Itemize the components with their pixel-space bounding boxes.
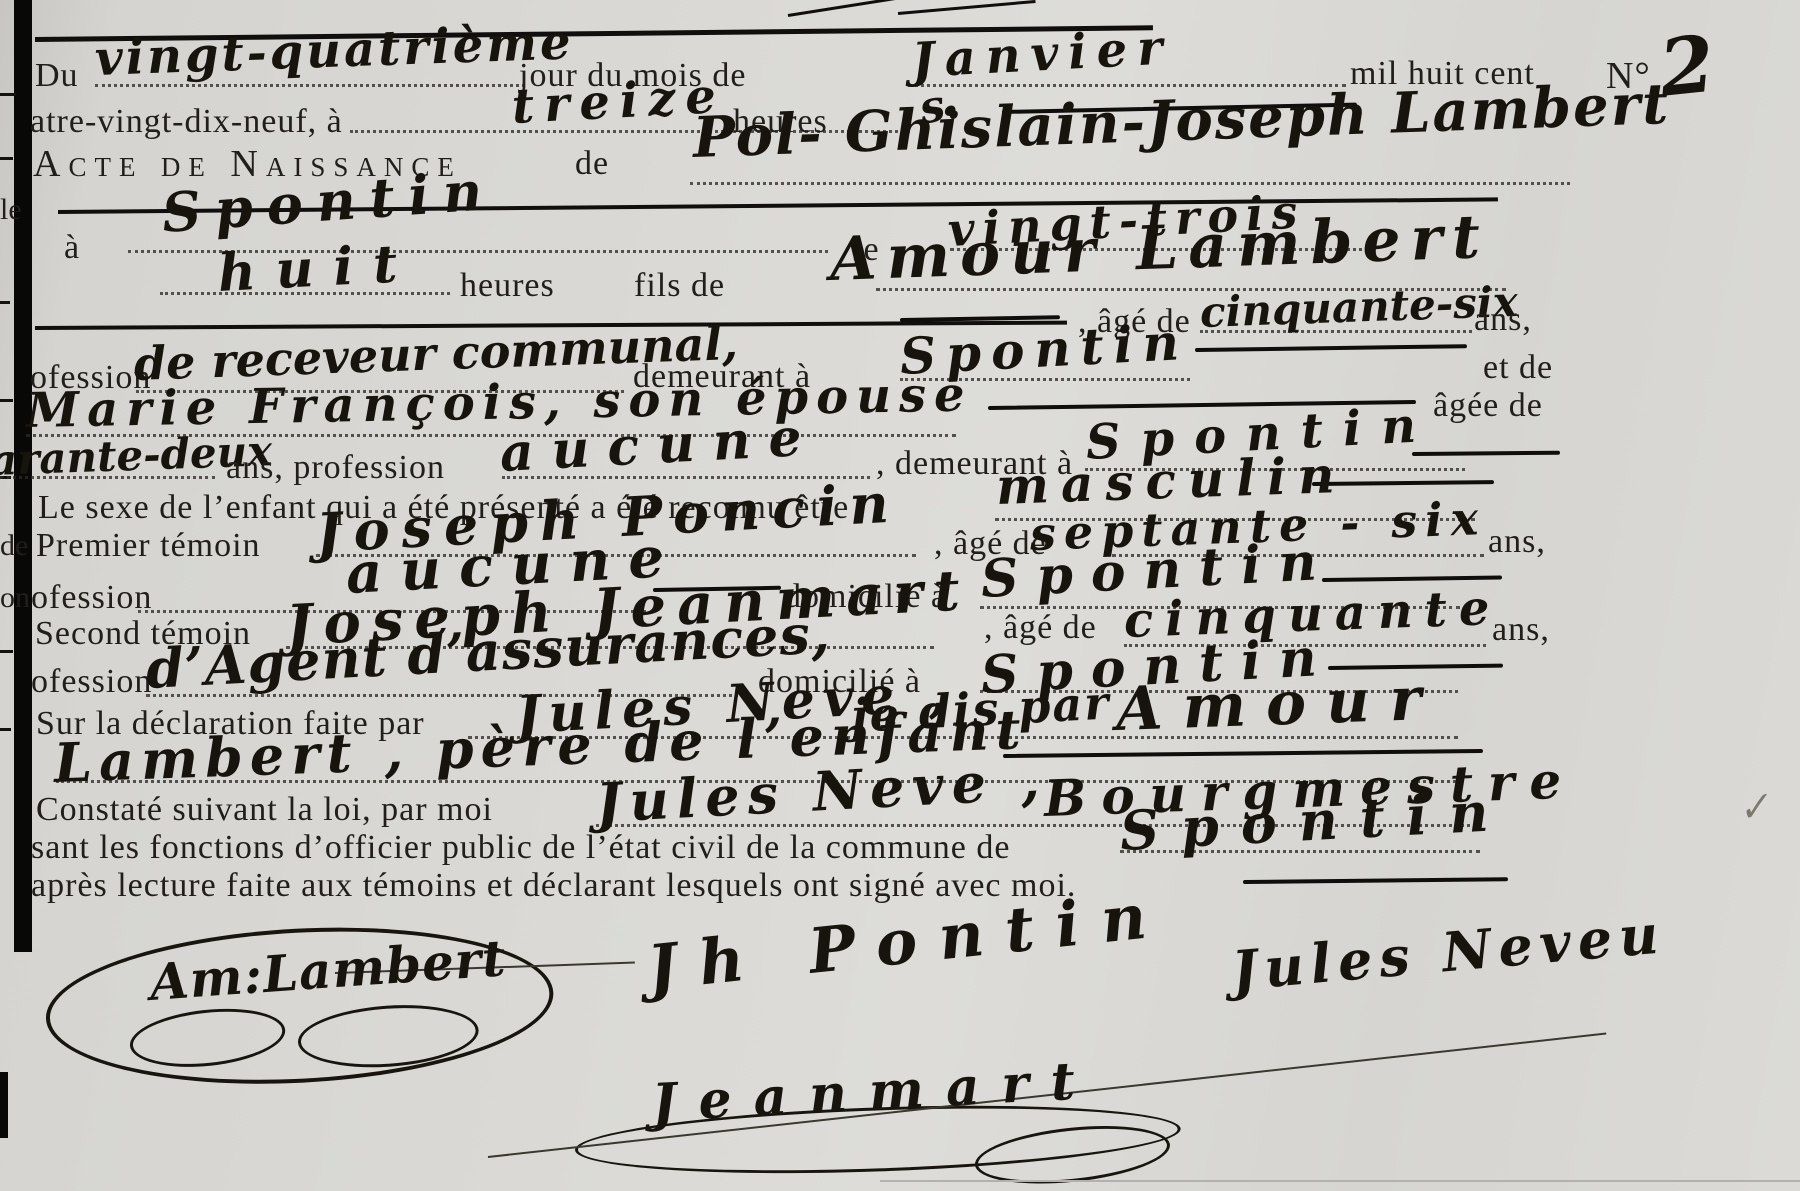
margin-tick [0,93,16,96]
printed-text: ofession [31,580,152,617]
margin-stub: on [0,582,30,614]
margin-stub: de [0,530,28,562]
act-number-label: N° [1606,56,1651,97]
birth-certificate-page: Duvingt-quatrièmejour du mois deJanvierm… [0,0,1800,1191]
printed-text: ans, [1488,524,1546,561]
printed-text: atre-vingt-dix-neuf, à [30,104,343,141]
printed-text: de [575,146,609,183]
margin-tick [0,157,13,160]
printed-text: ans, [1492,612,1550,649]
handwritten-text: huit [217,236,419,303]
printed-text: après lecture faite aux témoins et décla… [31,868,1076,905]
margin-tick [0,650,13,653]
signature-jules-neveu: Jules Neveu [1229,904,1667,1000]
printed-text: ans, profession [226,450,445,487]
printed-text: âgée de [1433,388,1543,425]
ink-stroke [1195,344,1467,352]
page-corner-shadow [0,1072,8,1138]
page-edge [880,1180,1800,1182]
handwritten-text: Amour [1115,667,1442,743]
printed-text: ans, [1474,302,1532,339]
handwritten-text: vingt-quatrième [94,17,574,86]
printed-text: à [64,230,80,267]
printed-text: Constaté suivant la loi, par moi [36,792,493,829]
printed-text: Premier témoin [36,528,261,565]
margin-tick [0,301,10,304]
dotted-guide [690,182,1570,185]
margin-stub: le [0,194,22,226]
handwritten-text: aucune [499,409,821,482]
printed-text: sant les fonctions d’officier public de … [31,830,1010,867]
handwritten-text: Amour Lambert [829,205,1491,293]
printed-text: Du [35,58,79,95]
margin-tick [0,399,13,402]
printed-text: et de [1483,350,1553,387]
act-number-value: 2 [1656,23,1719,112]
printed-text: ofession [31,664,152,701]
pen-stroke [898,0,1036,15]
handwritten-text: Pol- Ghislain-Joseph Lambert [692,74,1671,169]
printed-text: fils de [634,268,725,305]
check-mark: ✓ [1734,785,1772,831]
handwritten-text: cinquante-six [1199,279,1518,335]
margin-tick [0,728,11,731]
printed-text: heures [460,268,555,305]
ink-stroke [1243,877,1508,884]
